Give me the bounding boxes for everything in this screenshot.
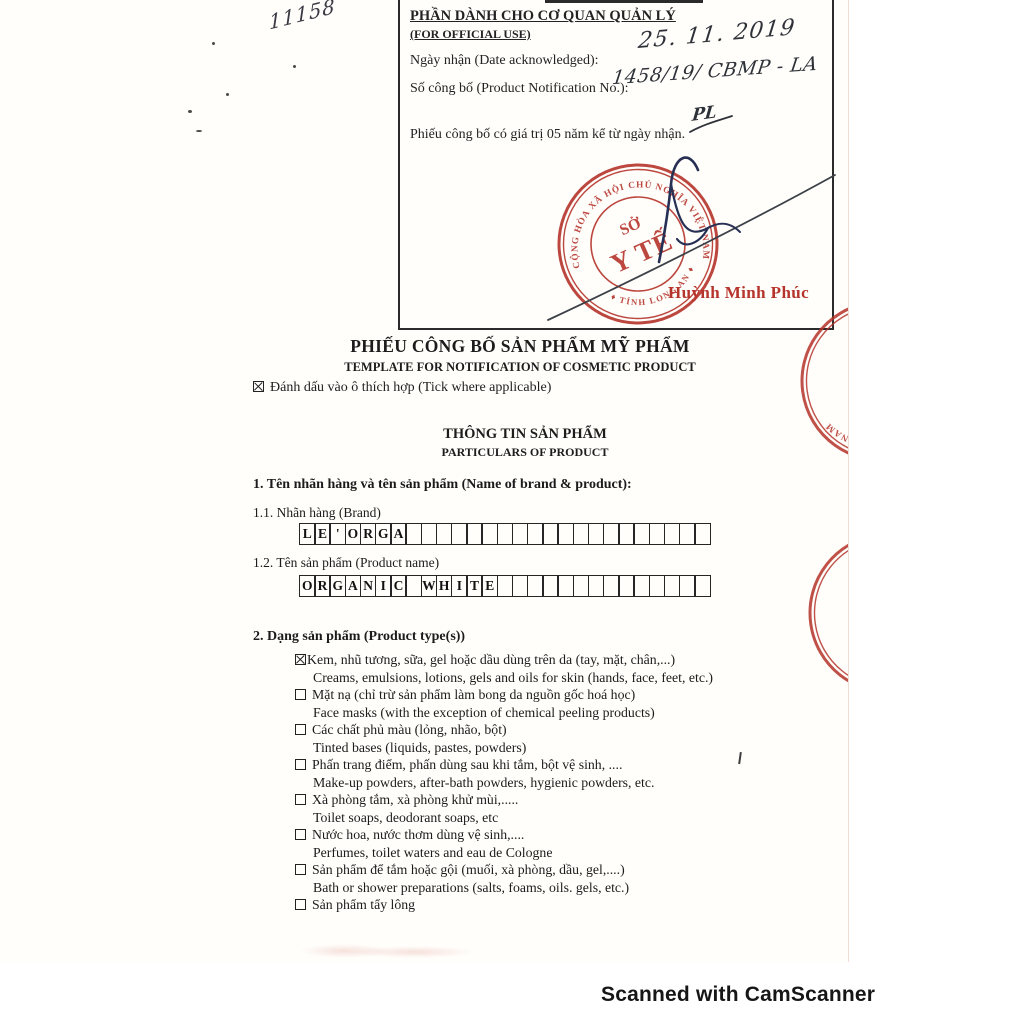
char-cell: [405, 523, 422, 545]
product-type-item: Sản phẩm tẩy lông: [295, 896, 785, 914]
char-cell: H: [436, 575, 453, 597]
char-cell: A: [390, 523, 407, 545]
paper-page: 11158 PHẦN DÀNH CHO CƠ QUAN QUẢN LÝ (FOR…: [0, 0, 849, 962]
scan-speck: [196, 130, 202, 132]
scan-speck: [188, 110, 192, 113]
checkbox-unchecked[interactable]: [295, 689, 306, 700]
char-cell: [573, 523, 590, 545]
char-cell: [649, 575, 666, 597]
product-type-label-vn: Xà phòng tắm, xà phòng khử mùi,.....: [312, 792, 518, 807]
char-cell: [633, 523, 650, 545]
initials-swoosh: [686, 114, 736, 136]
char-cell: E: [314, 523, 331, 545]
product-type-item: Các chất phủ màu (lỏng, nhão, bột)Tinted…: [295, 721, 785, 756]
camscanner-watermark: Scanned with CamScanner: [601, 983, 875, 1007]
product-type-label-vn: Sản phẩm để tắm hoặc gội (muối, xà phòng…: [312, 862, 625, 877]
char-cell: L: [299, 523, 316, 545]
char-cell: [694, 523, 711, 545]
char-cell: [527, 523, 544, 545]
info-header-vn: THÔNG TIN SẢN PHẨM: [150, 426, 849, 443]
product-type-label-en: Make-up powders, after-bath powders, hyg…: [295, 774, 785, 792]
handwritten-corner-number: 11158: [269, 0, 336, 35]
char-cell: [497, 575, 514, 597]
product-name-label: 1.2. Tên sản phẩm (Product name): [253, 555, 439, 571]
document-title: PHIẾU CÔNG BỐ SẢN PHẨM MỸ PHẨM TEMPLATE …: [150, 336, 849, 375]
product-type-label-en: Bath or shower preparations (salts, foam…: [295, 879, 785, 897]
char-cell: [618, 575, 635, 597]
info-header-en: PARTICULARS OF PRODUCT: [150, 445, 849, 460]
char-cell: [603, 523, 620, 545]
scan-speck: [226, 93, 229, 96]
checkbox-unchecked[interactable]: [295, 829, 306, 840]
char-cell: [512, 523, 529, 545]
product-type-label-vn: Mặt nạ (chỉ trừ sản phẩm làm bong da ngu…: [312, 687, 635, 702]
product-type-item: Xà phòng tắm, xà phòng khử mùi,.....Toil…: [295, 791, 785, 826]
scanned-document: 11158 PHẦN DÀNH CHO CƠ QUAN QUẢN LÝ (FOR…: [0, 0, 1024, 1024]
char-cell: W: [421, 575, 438, 597]
char-cell: [497, 523, 514, 545]
section2-heading: 2. Dạng sản phẩm (Product type(s)): [253, 629, 465, 645]
char-cell: [649, 523, 666, 545]
product-type-label-vn: Kem, nhũ tương, sữa, gel hoặc dầu dùng t…: [307, 652, 675, 667]
edge-stamp-lower: ★ M.S.D.H ★: [803, 527, 849, 699]
brand-label: 1.1. Nhãn hàng (Brand): [253, 505, 381, 521]
char-cell: R: [360, 523, 377, 545]
product-type-item: Nước hoa, nước thơm dùng vệ sinh,....Per…: [295, 826, 785, 861]
char-cell: [542, 523, 559, 545]
char-cell: [512, 575, 529, 597]
char-cell: [527, 575, 544, 597]
brand-char-grid[interactable]: LE'ORGA: [299, 523, 711, 545]
char-cell: [451, 523, 468, 545]
char-cell: R: [314, 575, 331, 597]
section1-heading: 1. Tên nhãn hàng và tên sản phẩm (Name o…: [253, 477, 632, 493]
info-header: THÔNG TIN SẢN PHẨM PARTICULARS OF PRODUC…: [150, 426, 849, 460]
char-cell: [664, 523, 681, 545]
document-title-en: TEMPLATE FOR NOTIFICATION OF COSMETIC PR…: [150, 360, 849, 375]
product-type-item: Mặt nạ (chỉ trừ sản phẩm làm bong da ngu…: [295, 686, 785, 721]
char-cell: O: [299, 575, 316, 597]
tick-note-row: Đánh dấu vào ô thích hợp (Tick where app…: [253, 380, 551, 396]
tick-note-label: Đánh dấu vào ô thích hợp (Tick where app…: [270, 380, 551, 395]
notification-no-label: Số công bố (Product Notification No.):: [410, 81, 629, 97]
product-type-list: Kem, nhũ tương, sữa, gel hoặc dầu dùng t…: [295, 651, 785, 914]
char-cell: [603, 575, 620, 597]
char-cell: I: [451, 575, 468, 597]
product-type-item: Kem, nhũ tương, sữa, gel hoặc dầu dùng t…: [295, 651, 785, 686]
official-box-title-vn: PHẦN DÀNH CHO CƠ QUAN QUẢN LÝ: [410, 8, 676, 25]
char-cell: N: [360, 575, 377, 597]
scan-speck: [293, 65, 296, 68]
product-type-label-vn: Các chất phủ màu (lỏng, nhão, bột): [312, 722, 507, 737]
char-cell: [557, 523, 574, 545]
product-type-label-vn: Sản phẩm tẩy lông: [312, 897, 415, 912]
char-cell: ': [329, 523, 346, 545]
checkbox-checked[interactable]: [295, 654, 306, 665]
char-cell: [405, 575, 422, 597]
char-cell: [679, 523, 696, 545]
checkbox-unchecked[interactable]: [295, 794, 306, 805]
char-cell: C: [390, 575, 407, 597]
product-type-label-vn: Phấn trang điểm, phấn dùng sau khi tắm, …: [312, 757, 622, 772]
checkbox-unchecked[interactable]: [295, 864, 306, 875]
char-cell: [588, 523, 605, 545]
official-box-title-en: (FOR OFFICIAL USE): [410, 27, 531, 42]
char-cell: [588, 575, 605, 597]
char-cell: [633, 575, 650, 597]
product-type-item: Sản phẩm để tắm hoặc gội (muối, xà phòng…: [295, 861, 785, 896]
checkbox-unchecked[interactable]: [295, 724, 306, 735]
product-type-label-en: Creams, emulsions, lotions, gels and oil…: [295, 669, 785, 687]
checkbox-unchecked[interactable]: [295, 899, 306, 910]
char-cell: I: [375, 575, 392, 597]
handwritten-notification-value: 1458/19/ CBMP - LA: [611, 53, 820, 90]
char-cell: [542, 575, 559, 597]
product-type-label-en: Toilet soaps, deodorant soaps, etc: [295, 809, 785, 827]
char-cell: [421, 523, 438, 545]
product-type-item: Phấn trang điểm, phấn dùng sau khi tắm, …: [295, 756, 785, 791]
checkbox-unchecked[interactable]: [295, 759, 306, 770]
char-cell: T: [466, 575, 483, 597]
product-type-label-en: Perfumes, toilet waters and eau de Colog…: [295, 844, 785, 862]
edge-smudge: [355, 946, 475, 958]
char-cell: [466, 523, 483, 545]
char-cell: [664, 575, 681, 597]
char-cell: [573, 575, 590, 597]
date-acknowledged-label: Ngày nhận (Date acknowledged):: [410, 53, 599, 69]
product-type-label-vn: Nước hoa, nước thơm dùng vệ sinh,....: [312, 827, 524, 842]
char-cell: O: [345, 523, 362, 545]
char-cell: [557, 575, 574, 597]
product-type-label-en: Face masks (with the exception of chemic…: [295, 704, 785, 722]
product-name-char-grid[interactable]: ORGANICWHITE: [299, 575, 711, 597]
char-cell: E: [481, 575, 498, 597]
signature: [470, 140, 849, 350]
char-cell: A: [345, 575, 362, 597]
document-title-vn: PHIẾU CÔNG BỐ SẢN PHẨM MỸ PHẨM: [150, 336, 849, 357]
char-cell: G: [375, 523, 392, 545]
checkbox-checked[interactable]: [253, 381, 264, 392]
char-cell: [618, 523, 635, 545]
char-cell: [679, 575, 696, 597]
product-type-label-en: Tinted bases (liquids, pastes, powders): [295, 739, 785, 757]
scan-speck: [212, 42, 215, 45]
char-cell: [481, 523, 498, 545]
char-cell: [436, 523, 453, 545]
char-cell: G: [329, 575, 346, 597]
char-cell: [694, 575, 711, 597]
signer-name: Huỳnh Minh Phúc: [668, 283, 809, 303]
